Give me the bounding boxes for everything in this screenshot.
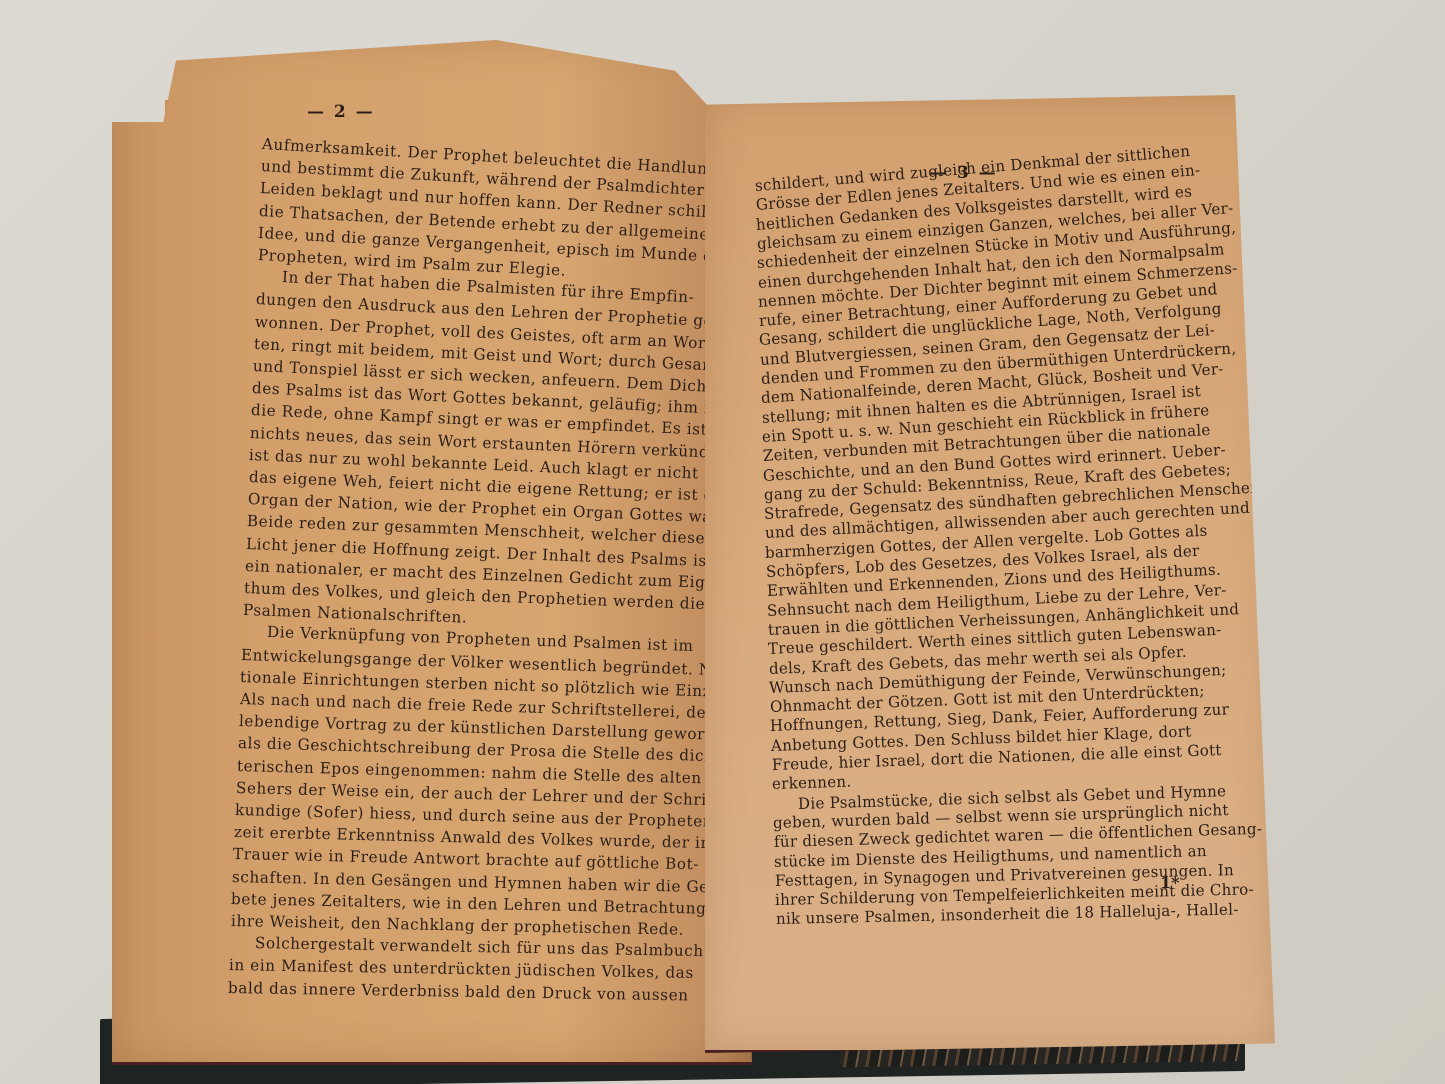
right-page: — 3 — schildert, und wird zugleich ein D… xyxy=(705,95,1275,1053)
text-line: Solchergestalt verwandelt sich für uns d… xyxy=(254,934,703,960)
text-line: in ein Manifest des unterdrückten jüdisc… xyxy=(229,956,694,982)
left-page: — 2 — Aufmerksamkeit. Der Prophet beleuc… xyxy=(112,40,752,1065)
text-line: erkennen. xyxy=(772,773,852,794)
page-number: — 2 — xyxy=(307,102,375,122)
signature-mark: 1* xyxy=(1160,873,1180,892)
text-line: bald das innere Verderbniss bald den Dru… xyxy=(228,979,689,1004)
